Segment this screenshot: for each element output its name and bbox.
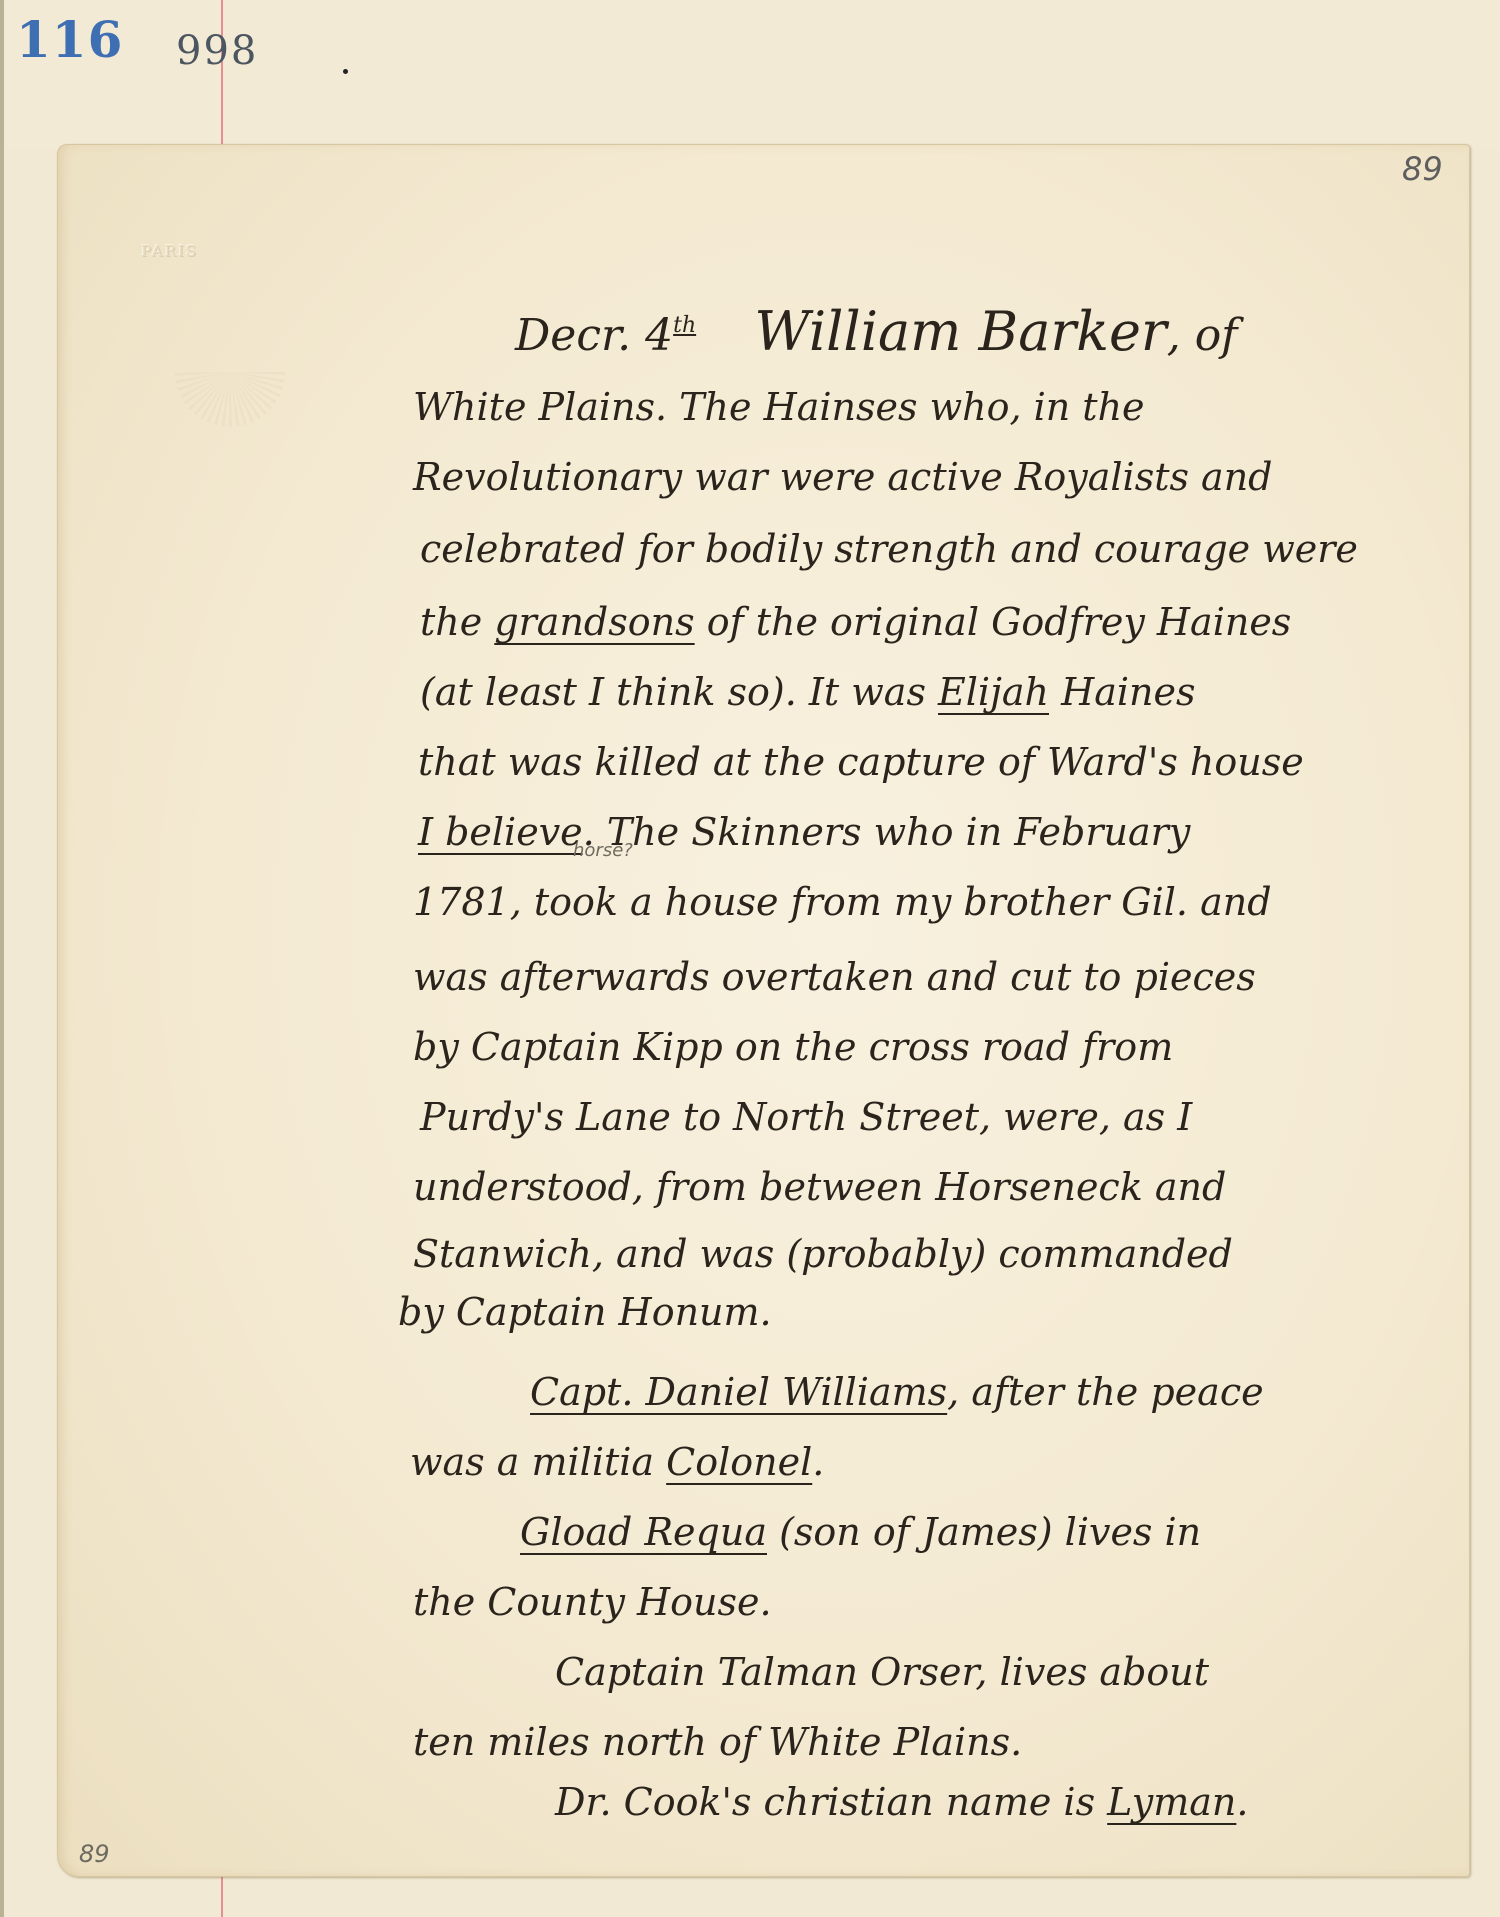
entry-line: by Captain Honum. — [398, 1290, 772, 1334]
entry-line: Captain Talman Orser, lives about — [555, 1650, 1209, 1694]
paper-emboss-mark: PARIS — [141, 242, 198, 260]
entry-date: Decr. 4 — [515, 310, 673, 361]
paper-emboss-seal-icon — [175, 372, 285, 427]
underlined-word: I believe — [418, 810, 583, 854]
page-number-top: 89 — [1402, 150, 1443, 188]
entry-heading: Decr. 4th William Barker, of — [515, 300, 1237, 363]
entry-line: (at least I think so). It was Elijah Hai… — [420, 670, 1196, 714]
entry-line: , of — [1167, 310, 1238, 361]
entry-line: Purdy's Lane to North Street, were, as I — [420, 1095, 1192, 1139]
underlined-word: Colonel — [666, 1440, 812, 1484]
entry-line: Gload Requa (son of James) lives in — [520, 1510, 1201, 1554]
ledger-binding-edge — [0, 0, 4, 1917]
entry-line: by Captain Kipp on the cross road from — [413, 1025, 1173, 1069]
stamped-folio-number: 116 — [16, 10, 123, 69]
entry-date-suffix: th — [673, 313, 696, 338]
entry-line: Stanwich, and was (probably) commanded — [413, 1232, 1233, 1276]
underlined-name: Gload Requa — [520, 1510, 767, 1554]
ink-dot — [343, 69, 348, 74]
entry-line: ten miles north of White Plains. — [413, 1720, 1022, 1764]
page-number-bottom: 89 — [79, 1840, 110, 1868]
ledger-header-area — [0, 0, 1500, 150]
entry-line: was afterwards overtaken and cut to piec… — [413, 955, 1256, 999]
underlined-word: grandsons — [494, 600, 694, 644]
entry-line: Dr. Cook's christian name is Lyman. — [555, 1780, 1248, 1824]
secondary-folio-number: 998 — [176, 28, 258, 74]
entry-line: the grandsons of the original Godfrey Ha… — [420, 600, 1291, 644]
entry-line: Revolutionary war were active Royalists … — [413, 455, 1273, 499]
underlined-name: Capt. Daniel Williams — [530, 1370, 947, 1414]
entry-line: was a militia Colonel. — [410, 1440, 824, 1484]
entry-line: Capt. Daniel Williams, after the peace — [530, 1370, 1264, 1414]
entry-line: the County House. — [413, 1580, 772, 1624]
interlinear-pencil-note: horse? — [573, 840, 633, 861]
entry-line: celebrated for bodily strength and coura… — [420, 527, 1358, 571]
entry-line: I believe. The Skinners who in February — [418, 810, 1190, 854]
underlined-word: Elijah — [938, 670, 1049, 714]
entry-line: White Plains. The Hainses who, in the — [413, 385, 1145, 429]
entry-person-name: William Barker — [754, 300, 1166, 363]
entry-line: 1781, took a house from my brother Gil. … — [413, 880, 1272, 924]
entry-line: that was killed at the capture of Ward's… — [418, 740, 1304, 784]
underlined-name: Lyman — [1107, 1780, 1236, 1824]
entry-line: understood, from between Horseneck and — [413, 1165, 1226, 1209]
